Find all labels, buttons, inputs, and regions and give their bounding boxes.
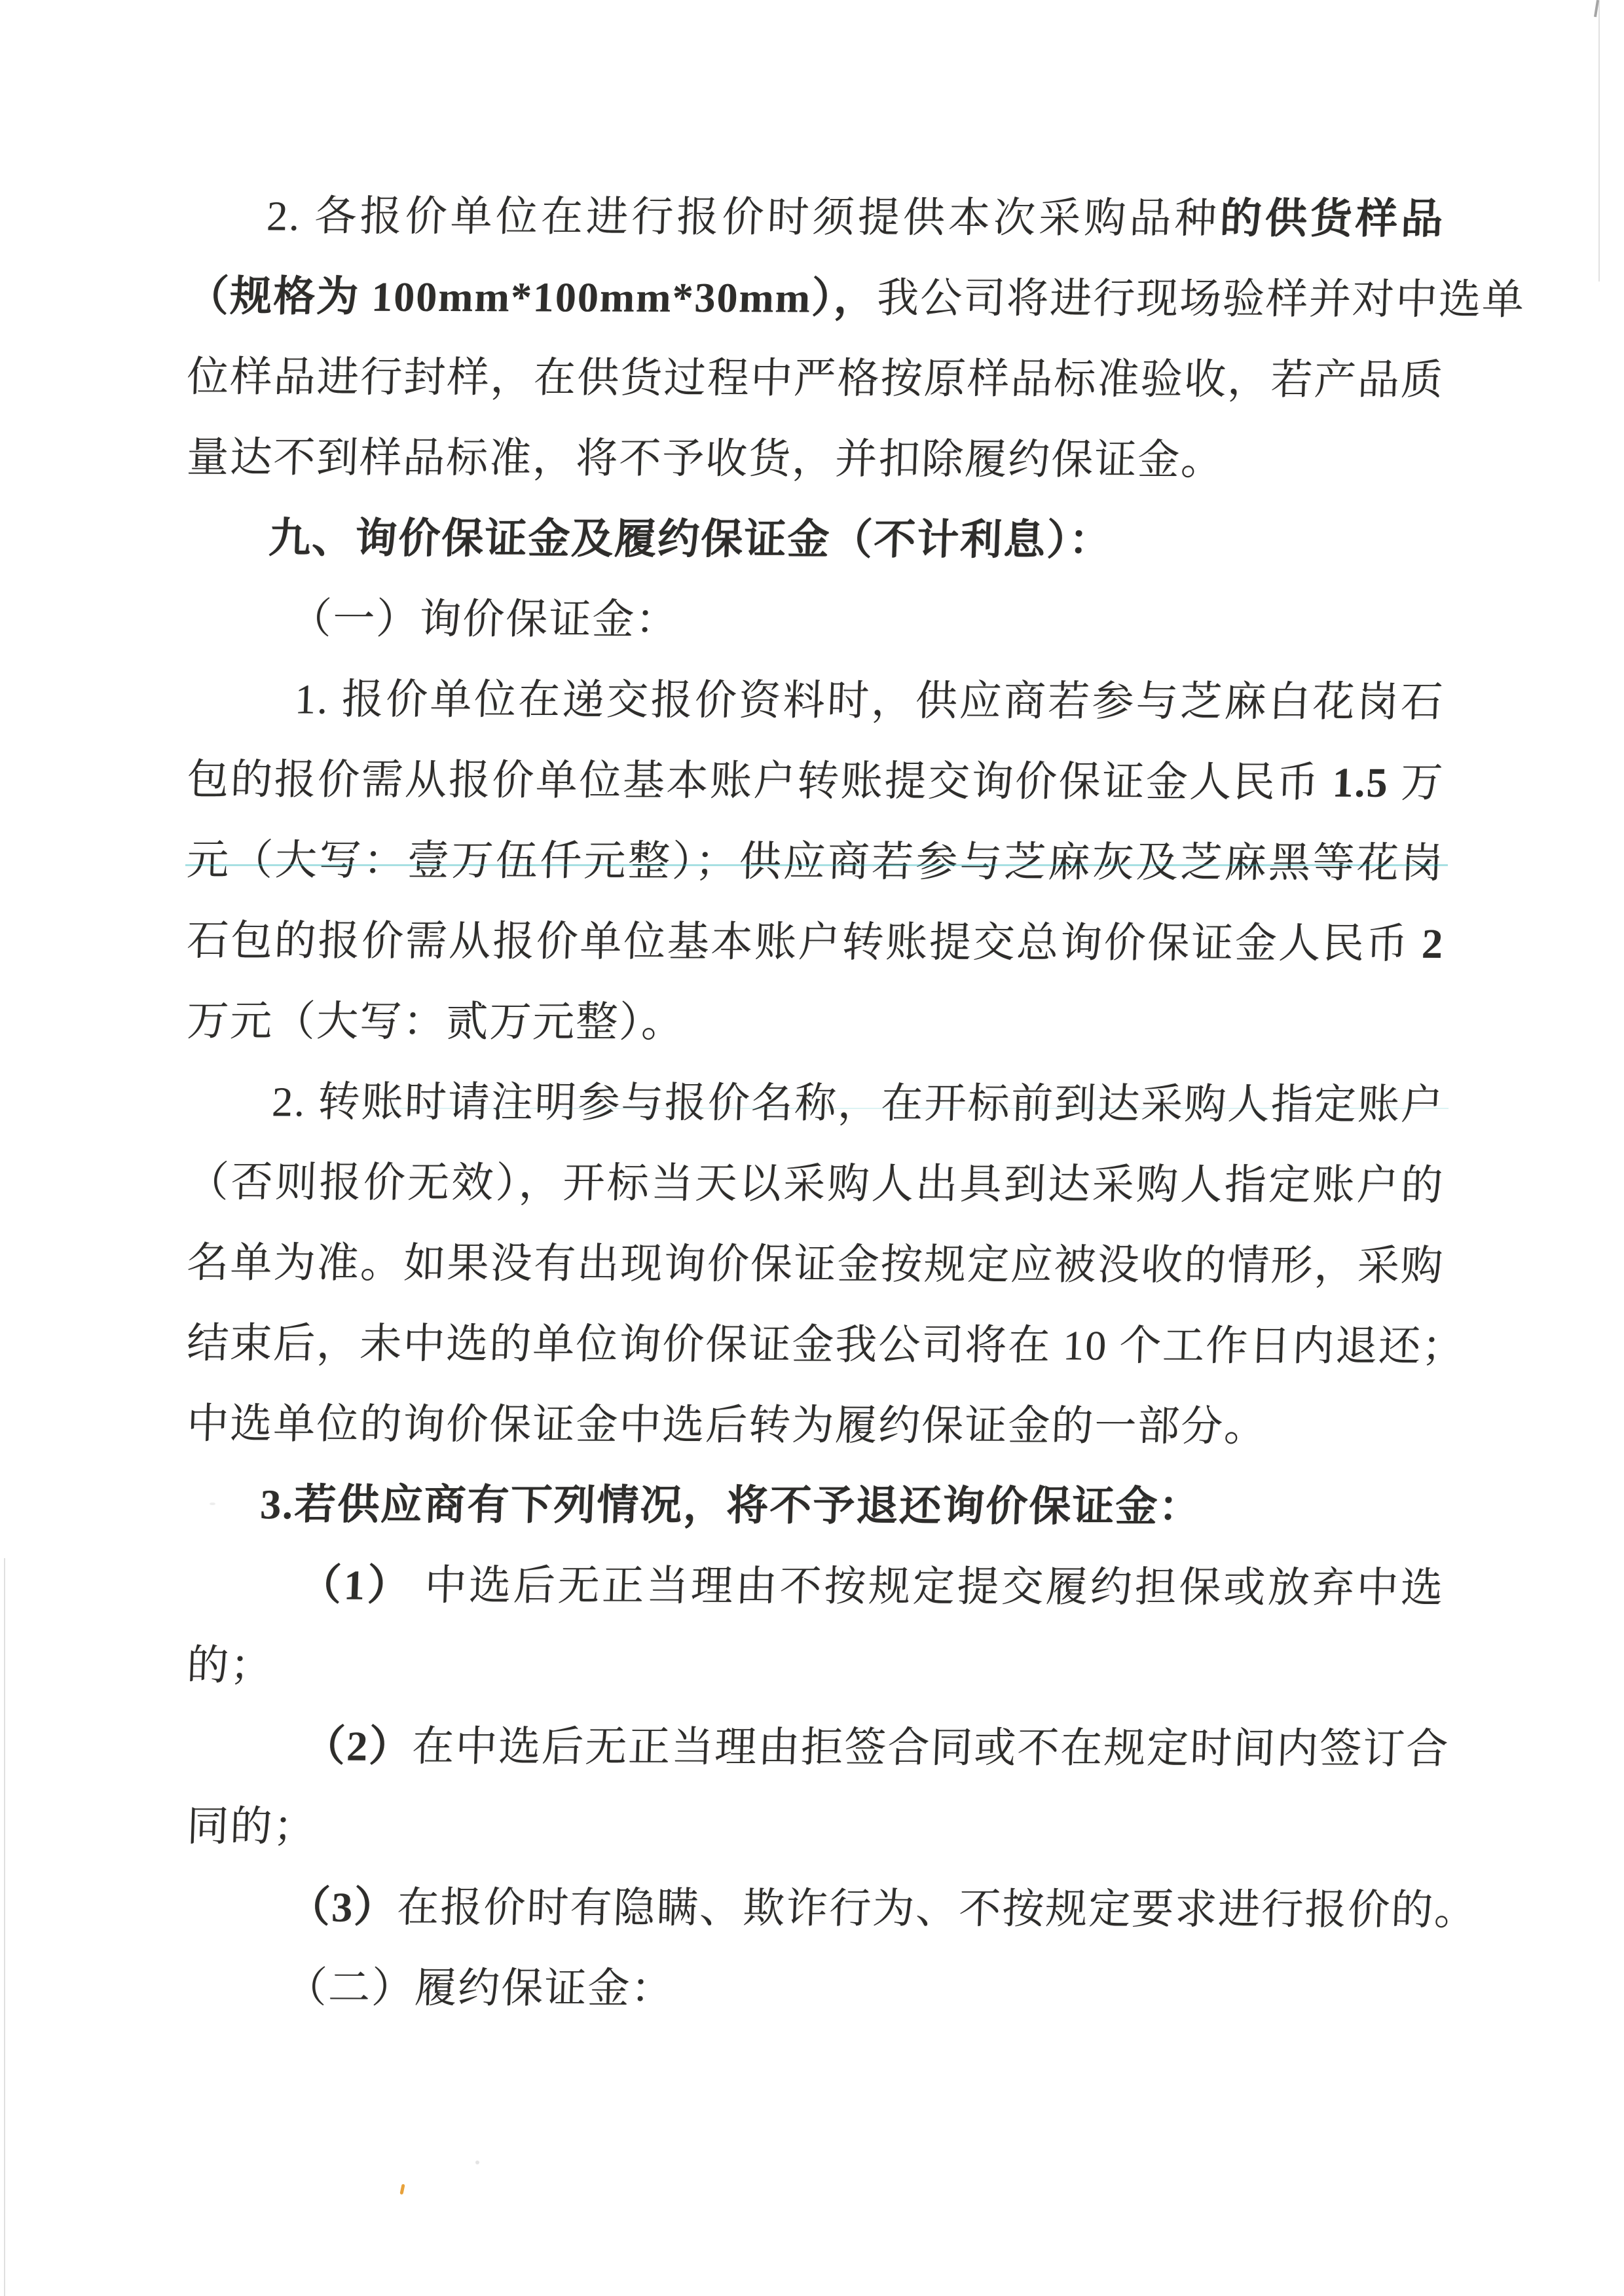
text-line-17: 3.若供应商有下列情况，将不予退还询价保证金：	[185, 1464, 1445, 1548]
text-line-6: （一）询价保证金：	[185, 578, 1445, 662]
text-line-10: 石包的报价需从报价单位基本账户转账提交总询价保证金人民币 2	[185, 900, 1445, 984]
text-line-19: 的；	[185, 1625, 1445, 1709]
text-segment: 在报价时有隐瞒、欺诈行为、不按规定要求进行报价的。	[396, 1884, 1478, 1933]
text-line-22: （3）在报价时有隐瞒、欺诈行为、不按规定要求进行报价的。	[185, 1867, 1445, 1950]
scanned-document-page: { "page": { "background": "#ffffff", "in…	[0, 0, 1624, 2296]
text-segment: 元（大写：壹万伍仟元整）；供应商若参与芝麻灰及芝麻黑等花岗	[186, 837, 1445, 886]
text-segment: 名单为准。如果没有出现询价保证金按规定应被没收的情形，采购	[186, 1239, 1445, 1289]
text-line-18: （1） 中选后无正当理由不按规定提交履约担保或放弃中选	[185, 1544, 1445, 1628]
text-line-13: （否则报价无效），开标当天以采购人出具到达采购人指定账户的	[185, 1142, 1445, 1226]
text-segment: 2. 各报价单位在进行报价时须提供本次采购品种	[266, 192, 1221, 242]
bold-text-segment: （3）	[287, 1884, 397, 1930]
scan-artifact-right-edge-line	[1598, 0, 1600, 282]
text-line-15: 结束后，未中选的单位询价保证金我公司将在 10 个工作日内退还；	[185, 1303, 1445, 1387]
text-line-3: 位样品进行封样，在供货过程中严格按原样品标准验收，若产品质	[185, 337, 1445, 420]
text-line-9: 元（大写：壹万伍仟元整）；供应商若参与芝麻灰及芝麻黑等花岗	[185, 820, 1445, 903]
text-line-20: （2）在中选后无正当理由拒签合同或不在规定时间内签订合	[185, 1705, 1445, 1789]
text-segment: 2. 转账时请注明参与报价名称，在开标前到达采购人指定账户	[271, 1078, 1445, 1128]
text-segment: 结束后，未中选的单位询价保证金我公司将在 10 个工作日内退还；	[186, 1320, 1466, 1370]
text-line-21: 同的；	[185, 1786, 1445, 1870]
text-segment: 1. 报价单位在递交报价资料时，供应商若参与芝麻白花岗石	[294, 676, 1445, 725]
text-segment: 量达不到样品标准，将不予收货，并扣除履约保证金。	[186, 434, 1225, 483]
scan-artifact-gray-speck	[475, 2160, 479, 2164]
bold-text-segment: （2）	[303, 1722, 413, 1769]
text-line-5: 九、询价保证金及履约保证金（不计利息）：	[185, 498, 1445, 581]
text-line-14: 名单为准。如果没有出现询价保证金按规定应被没收的情形，采购	[185, 1222, 1445, 1306]
text-line-12: 2. 转账时请注明参与报价名称，在开标前到达采购人指定账户	[185, 1061, 1445, 1145]
scan-artifact-corner-tick	[1594, 0, 1599, 17]
page-background: 2. 各报价单位在进行报价时须提供本次采购品种的供货样品（规格为 100mm*1…	[0, 0, 1624, 2296]
text-segment: 包的报价需从报价单位基本账户转账提交询价保证金人民币	[186, 756, 1333, 806]
text-line-2: （规格为 100mm*100mm*30mm），我公司将进行现场验样并对中选单	[185, 256, 1445, 340]
text-segment: 中选单位的询价保证金中选后转为履约保证金的一部分。	[186, 1400, 1268, 1449]
text-line-1: 2. 各报价单位在进行报价时须提供本次采购品种的供货样品	[185, 175, 1445, 259]
document-text-block: 2. 各报价单位在进行报价时须提供本次采购品种的供货样品（规格为 100mm*1…	[187, 175, 1444, 2028]
bold-text-segment: 1.5	[1331, 759, 1389, 806]
text-segment: （否则报价无效），开标当天以采购人出具到达采购人指定账户的	[186, 1159, 1445, 1209]
text-segment: 我公司将进行现场验样并对中选单	[876, 275, 1526, 323]
text-line-7: 1. 报价单位在递交报价资料时，供应商若参与芝麻白花岗石	[185, 659, 1445, 742]
text-line-23: （二）履约保证金：	[185, 1947, 1445, 2031]
scan-artifact-left-edge-line	[4, 1558, 5, 2296]
text-segment: 万元（大写：贰万元整）。	[186, 998, 685, 1046]
bold-text-segment: 2	[1421, 920, 1445, 967]
bold-text-segment: 3.若供应商有下列情况，将不予退还询价保证金：	[259, 1481, 1202, 1530]
text-line-11: 万元（大写：贰万元整）。	[185, 981, 1445, 1065]
text-segment: 在中选后无正当理由拒签合同或不在规定时间内签订合	[411, 1723, 1450, 1772]
text-segment: 同的；	[186, 1803, 317, 1850]
bold-text-segment: 九、询价保证金及履约保证金（不计利息）：	[268, 515, 1113, 563]
scan-artifact-orange-speck	[399, 2184, 405, 2195]
text-segment: 中选后无正当理由不按规定提交履约担保或放弃中选	[411, 1562, 1445, 1611]
text-line-8: 包的报价需从报价单位基本账户转账提交询价保证金人民币 1.5 万	[185, 739, 1445, 823]
text-line-4: 量达不到样品标准，将不予收货，并扣除履约保证金。	[185, 417, 1445, 501]
text-segment: 位样品进行封样，在供货过程中严格按原样品标准验收，若产品质	[186, 354, 1445, 403]
text-line-16: 中选单位的询价保证金中选后转为履约保证金的一部分。	[185, 1383, 1445, 1467]
bold-text-segment: （规格为 100mm*100mm*30mm），	[186, 273, 877, 321]
text-segment: 万	[1388, 759, 1445, 806]
text-segment: 石包的报价需从报价单位基本账户转账提交总询价保证金人民币	[186, 917, 1422, 967]
bold-text-segment: （1）	[299, 1561, 413, 1608]
text-segment: （一）询价保证金：	[289, 595, 679, 643]
text-segment: 的；	[186, 1642, 274, 1688]
text-segment: （二）履约保证金：	[284, 1964, 674, 2012]
bold-text-segment: 的供货样品	[1219, 195, 1445, 242]
